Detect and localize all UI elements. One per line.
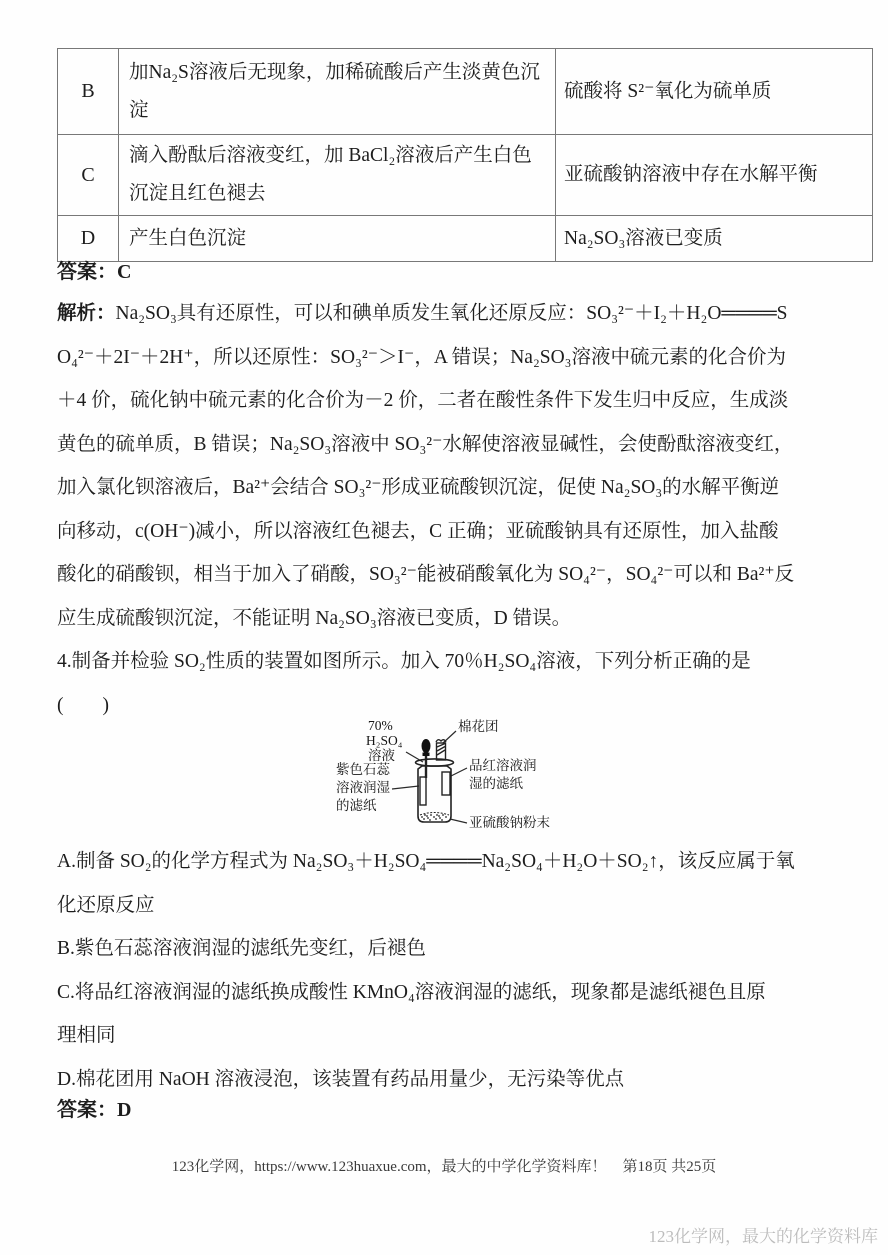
answer-q4: 答案：D — [57, 1096, 131, 1124]
powder-dots — [420, 813, 449, 821]
table-cell-option-letter: B — [58, 49, 119, 135]
analysis-line: 酸化的硝酸钡，相当于加入了硝酸，SO₃²⁻能被硝酸氧化为 SO₄²⁻，SO₄²⁻… — [57, 553, 847, 597]
table-row: C 滴入酚酞后溶液变红，加 BaCl₂溶液后产生白色沉淀且红色褪去 亚硫酸钠溶液… — [58, 135, 873, 216]
table-cell-phenomenon: 加Na₂S溶液后无现象，加稀硫酸后产生淡黄色沉淀 — [119, 49, 556, 135]
answer-value: D — [117, 1099, 131, 1121]
option-d-line: D.棉花团用 NaOH 溶液浸泡，该装置有药品用量少，无污染等优点 — [57, 1058, 847, 1102]
apparatus-diagram: 70% H₂SO₄ 溶液 棉花团 紫色石蕊 溶液润湿 的滤纸 品红溶液润 湿的滤… — [332, 716, 616, 844]
option-c-line: 理相同 — [57, 1014, 847, 1058]
table-cell-conclusion: 亚硫酸钠溶液中存在水解平衡 — [556, 135, 873, 216]
option-b-line: B.紫色石蕊溶液润湿的滤纸先变红，后褪色 — [57, 927, 847, 971]
question4-stem-line: 4.制备并检验 SO₂性质的装置如图所示。加入 70％H₂SO₄溶液，下列分析正… — [57, 640, 847, 684]
answer-label: 答案： — [57, 261, 117, 283]
litmus-paper-strip — [420, 777, 426, 805]
answer-label: 答案： — [57, 1099, 117, 1121]
label-fuchsin: 湿的滤纸 — [469, 775, 523, 791]
analysis-label: 解析： — [57, 303, 116, 324]
document-page: B 加Na₂S溶液后无现象，加稀硫酸后产生淡黄色沉淀 硫酸将 S²⁻氧化为硫单质… — [0, 0, 888, 1255]
table-cell-conclusion: 硫酸将 S²⁻氧化为硫单质 — [556, 49, 873, 135]
analysis-line: 黄色的硫单质，B 错误；Na₂SO₃溶液中 SO₃²⁻水解使溶液显碱性，会使酚酞… — [57, 423, 847, 467]
option-c-line: C.将品红溶液润湿的滤纸换成酸性 KMnO₄溶液润湿的滤纸，现象都是滤纸褪色且原 — [57, 971, 847, 1015]
answer-q3: 答案：C — [57, 258, 131, 286]
analysis-line: 解析：Na₂SO₃具有还原性，可以和碘单质发生氧化还原反应：SO₃²⁻＋I₂＋H… — [57, 292, 847, 336]
label-litmus: 溶液润湿 — [336, 779, 390, 795]
option-a-line: 化还原反应 — [57, 884, 847, 928]
options-table: B 加Na₂S溶液后无现象，加稀硫酸后产生淡黄色沉淀 硫酸将 S²⁻氧化为硫单质… — [57, 48, 873, 262]
label-cotton: 棉花团 — [458, 718, 499, 734]
option-a-line: A.制备 SO₂的化学方程式为 Na₂SO₃＋H₂SO₄════Na₂SO₄＋H… — [57, 840, 847, 884]
table-cell-option-letter: C — [58, 135, 119, 216]
table-row: B 加Na₂S溶液后无现象，加稀硫酸后产生淡黄色沉淀 硫酸将 S²⁻氧化为硫单质 — [58, 49, 873, 135]
label-fuchsin: 品红溶液润 — [469, 757, 537, 773]
cotton-ball-icon — [436, 740, 446, 760]
table-row: D 产生白色沉淀 Na₂SO₃溶液已变质 — [58, 216, 873, 262]
analysis-text: Na₂SO₃具有还原性，可以和碘单质发生氧化还原反应：SO₃²⁻＋I₂＋H₂O═… — [116, 303, 788, 324]
analysis-line: ＋4 价，硫化钠中硫元素的化合价为－2 价，二者在酸性条件下发生归中反应，生成淡 — [57, 379, 847, 423]
label-acid: 溶液 — [368, 747, 395, 763]
watermark-text: 123化学网，最大的化学资料库 — [649, 1222, 879, 1247]
table-cell-option-letter: D — [58, 216, 119, 262]
fuchsin-paper-strip — [442, 772, 450, 795]
answer-value: C — [117, 261, 131, 283]
analysis-paragraph: 解析：Na₂SO₃具有还原性，可以和碘单质发生氧化还原反应：SO₃²⁻＋I₂＋H… — [57, 292, 847, 640]
footer-page-number: 第18页 共25页 — [623, 1159, 717, 1175]
label-litmus: 紫色石蕊 — [336, 761, 390, 777]
table-cell-conclusion: Na₂SO₃溶液已变质 — [556, 216, 873, 262]
table-cell-phenomenon: 滴入酚酞后溶液变红，加 BaCl₂溶液后产生白色沉淀且红色褪去 — [119, 135, 556, 216]
analysis-line: O₄²⁻＋2I⁻＋2H⁺，所以还原性：SO₃²⁻＞I⁻，A 错误；Na₂SO₃溶… — [57, 336, 847, 380]
gas-jar-illustration: 70% H₂SO₄ 溶液 棉花团 紫色石蕊 溶液润湿 的滤纸 品红溶液润 湿的滤… — [332, 716, 616, 844]
label-litmus: 的滤纸 — [336, 797, 377, 813]
footer-site-text: 123化学网，https://www.123huaxue.com，最大的中学化学… — [172, 1159, 607, 1175]
analysis-line: 应生成硫酸钡沉淀，不能证明 Na₂SO₃溶液已变质，D 错误。 — [57, 597, 847, 641]
analysis-line: 向移动，c(OH⁻)减小，所以溶液红色褪去，C 正确；亚硫酸钠具有还原性，加入盐… — [57, 510, 847, 554]
table-cell-phenomenon: 产生白色沉淀 — [119, 216, 556, 262]
question4-stem: 4.制备并检验 SO₂性质的装置如图所示。加入 70％H₂SO₄溶液，下列分析正… — [57, 640, 847, 727]
analysis-line: 加入氯化钡溶液后，Ba²⁺会结合 SO₃²⁻形成亚硫酸钡沉淀，促使 Na₂SO₃… — [57, 466, 847, 510]
label-powder: 亚硫酸钠粉末 — [469, 814, 550, 830]
question4-options: A.制备 SO₂的化学方程式为 Na₂SO₃＋H₂SO₄════Na₂SO₄＋H… — [57, 840, 847, 1101]
label-acid: 70% — [368, 718, 393, 733]
page-footer: 123化学网，https://www.123huaxue.com，最大的中学化学… — [0, 1155, 888, 1176]
label-acid: H₂SO₄ — [366, 733, 403, 748]
